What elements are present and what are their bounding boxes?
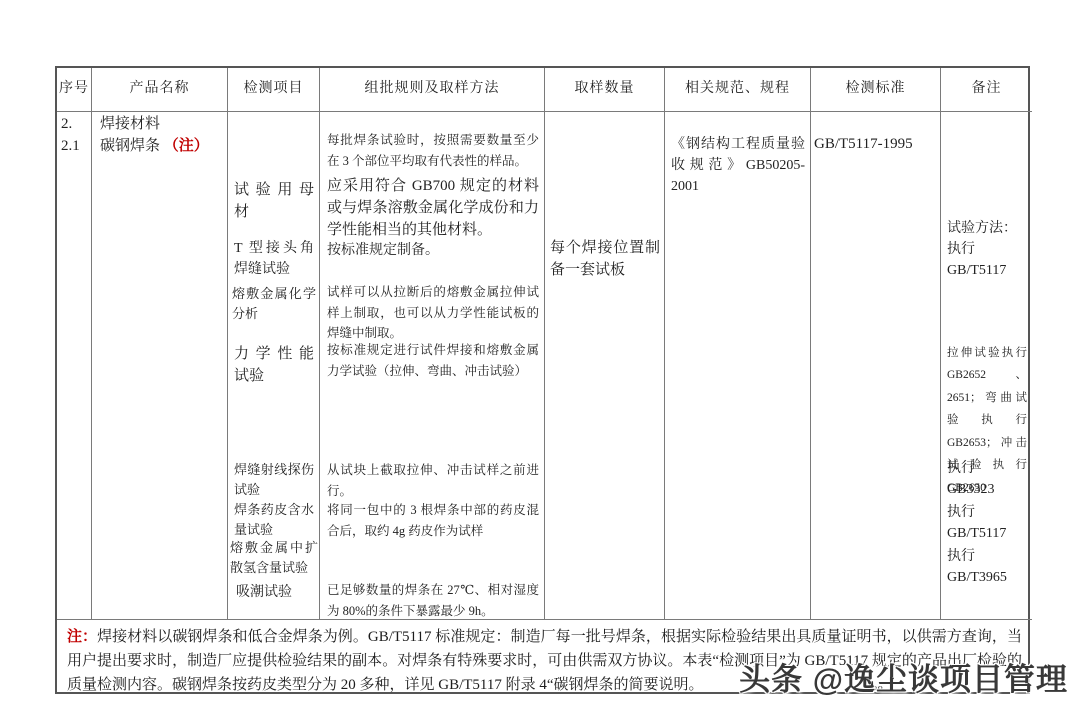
header-cell-test-items: 检测项目: [228, 68, 320, 112]
cell-remarks: 试验方法： 执行 GB/T5117 拉伸试验执行 GB2652、2651；弯曲试…: [941, 112, 1032, 620]
rule-block: 应采用符合 GB700 规定的材料或与焊条溶敷金属化学成份和力学性能相当的其他材…: [327, 176, 539, 241]
remark-block: 执行 GB/T3965: [947, 546, 1029, 588]
watermark: 头条 @逸尘谈项目管理: [739, 654, 1068, 699]
inspection-table: 序号 产品名称 检测项目 组批规则及取样方法 取样数量 相关规范、规程 检测标准…: [55, 66, 1030, 694]
seq-main: 2.: [57, 112, 91, 134]
rule-block: 已足够数量的焊条在 27℃、相对湿度为 80%的条件下暴露最少 9h。: [327, 580, 539, 621]
seq-sub: 2.1: [57, 134, 91, 156]
test-item: 焊缝射线探伤试验: [234, 460, 314, 499]
rule-block: 按标准规定制备。: [327, 240, 539, 261]
header-cell-remarks: 备注: [941, 68, 1032, 112]
test-item: 试 验 用 母材: [234, 180, 314, 224]
header-cell-product: 产品名称: [92, 68, 228, 112]
remark-block: 执行 GB3323: [947, 458, 1029, 500]
remark-block: 执行 GB/T5117: [947, 502, 1029, 544]
note-label: 注：: [67, 629, 97, 645]
standard-text: GB/T5117-1995: [814, 134, 938, 156]
rule-block: 从试块上截取拉伸、冲击试样之前进行。: [327, 460, 539, 501]
product-note-mark: （注）: [164, 138, 209, 154]
rule-block: 试样可以从拉断后的熔敷金属拉伸试样上制取，也可以从力学性能试板的焊缝中制取。: [327, 282, 539, 344]
cell-test-items: 试 验 用 母材 T 型接头角焊缝试验 熔敷金属化学分析 力 学 性 能试验 焊…: [228, 112, 320, 620]
header-cell-sampling-rules: 组批规则及取样方法: [320, 68, 545, 112]
cell-specs: 《钢结构工程质量验收规范》GB50205-2001: [665, 112, 811, 620]
product-name: 碳钢焊条: [100, 138, 160, 154]
rule-block: 按标准规定进行试件焊接和熔敷金属力学试验（拉伸、弯曲、冲击试验）: [327, 340, 539, 381]
cell-seq: 2. 2.1: [57, 112, 92, 620]
cell-product: 焊接材料 碳钢焊条 （注）: [92, 112, 228, 620]
rule-block: 每批焊条试验时，按照需要数量至少在 3 个部位平均取有代表性的样品。: [327, 130, 539, 171]
cell-sampling-rules: 每批焊条试验时，按照需要数量至少在 3 个部位平均取有代表性的样品。 应采用符合…: [320, 112, 545, 620]
test-item: 熔敷金属中扩散氢含量试验: [230, 538, 318, 577]
product-line1: 焊接材料: [92, 112, 227, 134]
cell-sample-qty: 每个焊接位置制备一套试板: [545, 112, 665, 620]
remark-block: 试验方法： 执行 GB/T5117: [947, 218, 1029, 281]
header-cell-standard: 检测标准: [811, 68, 941, 112]
test-item: 焊条药皮含水量试验: [234, 500, 314, 539]
test-item: 吸潮试验: [236, 582, 316, 603]
cell-standard: GB/T5117-1995: [811, 112, 941, 620]
header-cell-sample-qty: 取样数量: [545, 68, 665, 112]
specs-text: 《钢结构工程质量验收规范》GB50205-2001: [671, 134, 805, 197]
product-line2: 碳钢焊条 （注）: [92, 134, 227, 156]
header-cell-specs: 相关规范、规程: [665, 68, 811, 112]
header-cell-seq: 序号: [57, 68, 92, 112]
sample-qty-text: 每个焊接位置制备一套试板: [550, 238, 660, 282]
test-item: T 型接头角焊缝试验: [234, 238, 314, 280]
test-item: 熔敷金属化学分析: [232, 284, 316, 323]
test-item: 力 学 性 能试验: [234, 344, 314, 388]
rule-block: 将同一包中的 3 根焊条中部的药皮混合后，取约 4g 药皮作为试样: [327, 500, 539, 541]
